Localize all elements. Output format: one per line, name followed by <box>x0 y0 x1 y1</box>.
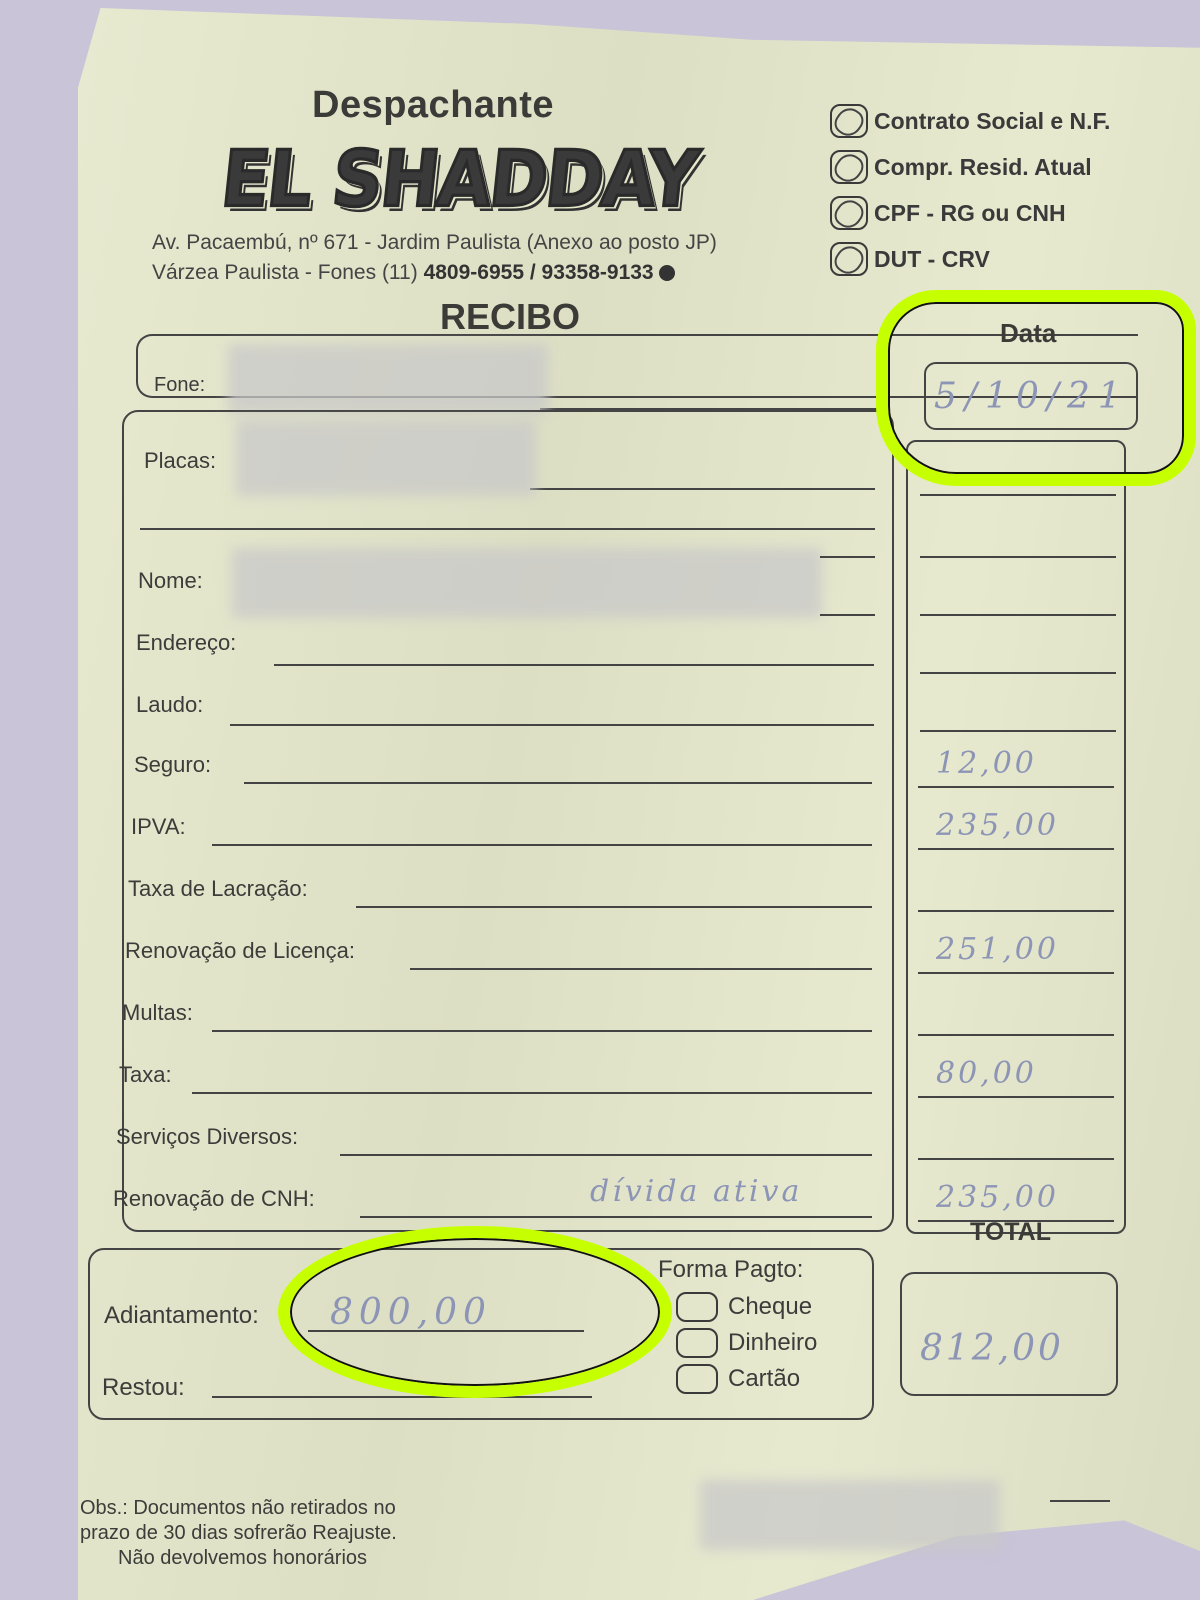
item-amount[interactable]: 12,00 <box>936 746 1037 781</box>
checkbox-icon[interactable] <box>676 1328 718 1358</box>
adiantamento-label: Adiantamento: <box>104 1302 259 1330</box>
item-label: Taxa de Lacração: <box>128 876 308 902</box>
item-label: Renovação de CNH: <box>113 1186 315 1212</box>
checklist-item[interactable]: Compr. Resid. Atual <box>830 144 1110 190</box>
item-label: Multas: <box>122 1000 193 1026</box>
item-amount[interactable]: 251,00 <box>936 932 1059 967</box>
receipt-title: RECIBO <box>440 296 580 338</box>
item-amount[interactable]: 235,00 <box>936 1180 1059 1215</box>
placas-value-redacted[interactable] <box>236 420 536 496</box>
total-value[interactable]: 812,00 <box>920 1328 1064 1369</box>
fields-box <box>122 410 894 1232</box>
laudo-label: Laudo: <box>136 692 203 718</box>
footer-note: Obs.: Documentos não retirados no prazo … <box>80 1496 397 1571</box>
endereco-label: Endereço: <box>136 630 236 656</box>
total-label: TOTAL <box>970 1218 1051 1247</box>
payment-method-label: Forma Pagto: <box>658 1256 803 1284</box>
nome-value-redacted[interactable] <box>232 548 822 618</box>
adiantamento-highlight <box>278 1226 672 1398</box>
address-line-1: Av. Pacaembú, nº 671 - Jardim Paulista (… <box>152 228 717 258</box>
checkbox-checked-icon[interactable] <box>830 104 868 138</box>
checkbox-icon[interactable] <box>676 1292 718 1322</box>
signature-line <box>1050 1500 1110 1502</box>
whatsapp-icon <box>659 265 675 281</box>
address-line-2: Várzea Paulista - Fones (11) 4809-6955 /… <box>152 258 717 288</box>
payment-option-dinheiro[interactable]: Dinheiro <box>676 1328 817 1358</box>
checkbox-checked-icon[interactable] <box>830 150 868 184</box>
fone-value-redacted[interactable] <box>228 344 548 414</box>
company-logo: EL SHADDAY <box>217 134 701 224</box>
item-label: Renovação de Licença: <box>125 938 355 964</box>
payment-option-cartao[interactable]: Cartão <box>676 1364 800 1394</box>
payment-option-cheque[interactable]: Cheque <box>676 1292 812 1322</box>
nome-label: Nome: <box>138 568 203 594</box>
placas-label: Placas: <box>144 448 216 474</box>
item-amount[interactable]: 80,00 <box>936 1056 1037 1091</box>
signature-redacted <box>700 1480 1000 1550</box>
fone-label: Fone: <box>154 374 205 397</box>
checkbox-icon[interactable] <box>676 1364 718 1394</box>
date-highlight <box>876 290 1196 486</box>
item-note[interactable]: dívida ativa <box>590 1174 802 1209</box>
restou-label: Restou: <box>102 1374 185 1402</box>
checklist-item[interactable]: Contrato Social e N.F. <box>830 98 1110 144</box>
item-label: Seguro: <box>134 752 211 778</box>
checklist-item[interactable]: CPF - RG ou CNH <box>830 190 1110 236</box>
item-label: Taxa: <box>119 1062 172 1088</box>
phone-numbers: 4809-6955 / 93358-9133 <box>424 261 654 284</box>
documents-checklist: Contrato Social e N.F. Compr. Resid. Atu… <box>830 98 1110 282</box>
company-address: Av. Pacaembú, nº 671 - Jardim Paulista (… <box>152 228 717 288</box>
checkbox-checked-icon[interactable] <box>830 196 868 230</box>
checklist-item[interactable]: DUT - CRV <box>830 236 1110 282</box>
company-subtitle: Despachante <box>312 84 554 127</box>
item-label: Serviços Diversos: <box>116 1124 298 1150</box>
item-label: IPVA: <box>131 814 186 840</box>
checkbox-checked-icon[interactable] <box>830 242 868 276</box>
item-amount[interactable]: 235,00 <box>936 808 1059 843</box>
